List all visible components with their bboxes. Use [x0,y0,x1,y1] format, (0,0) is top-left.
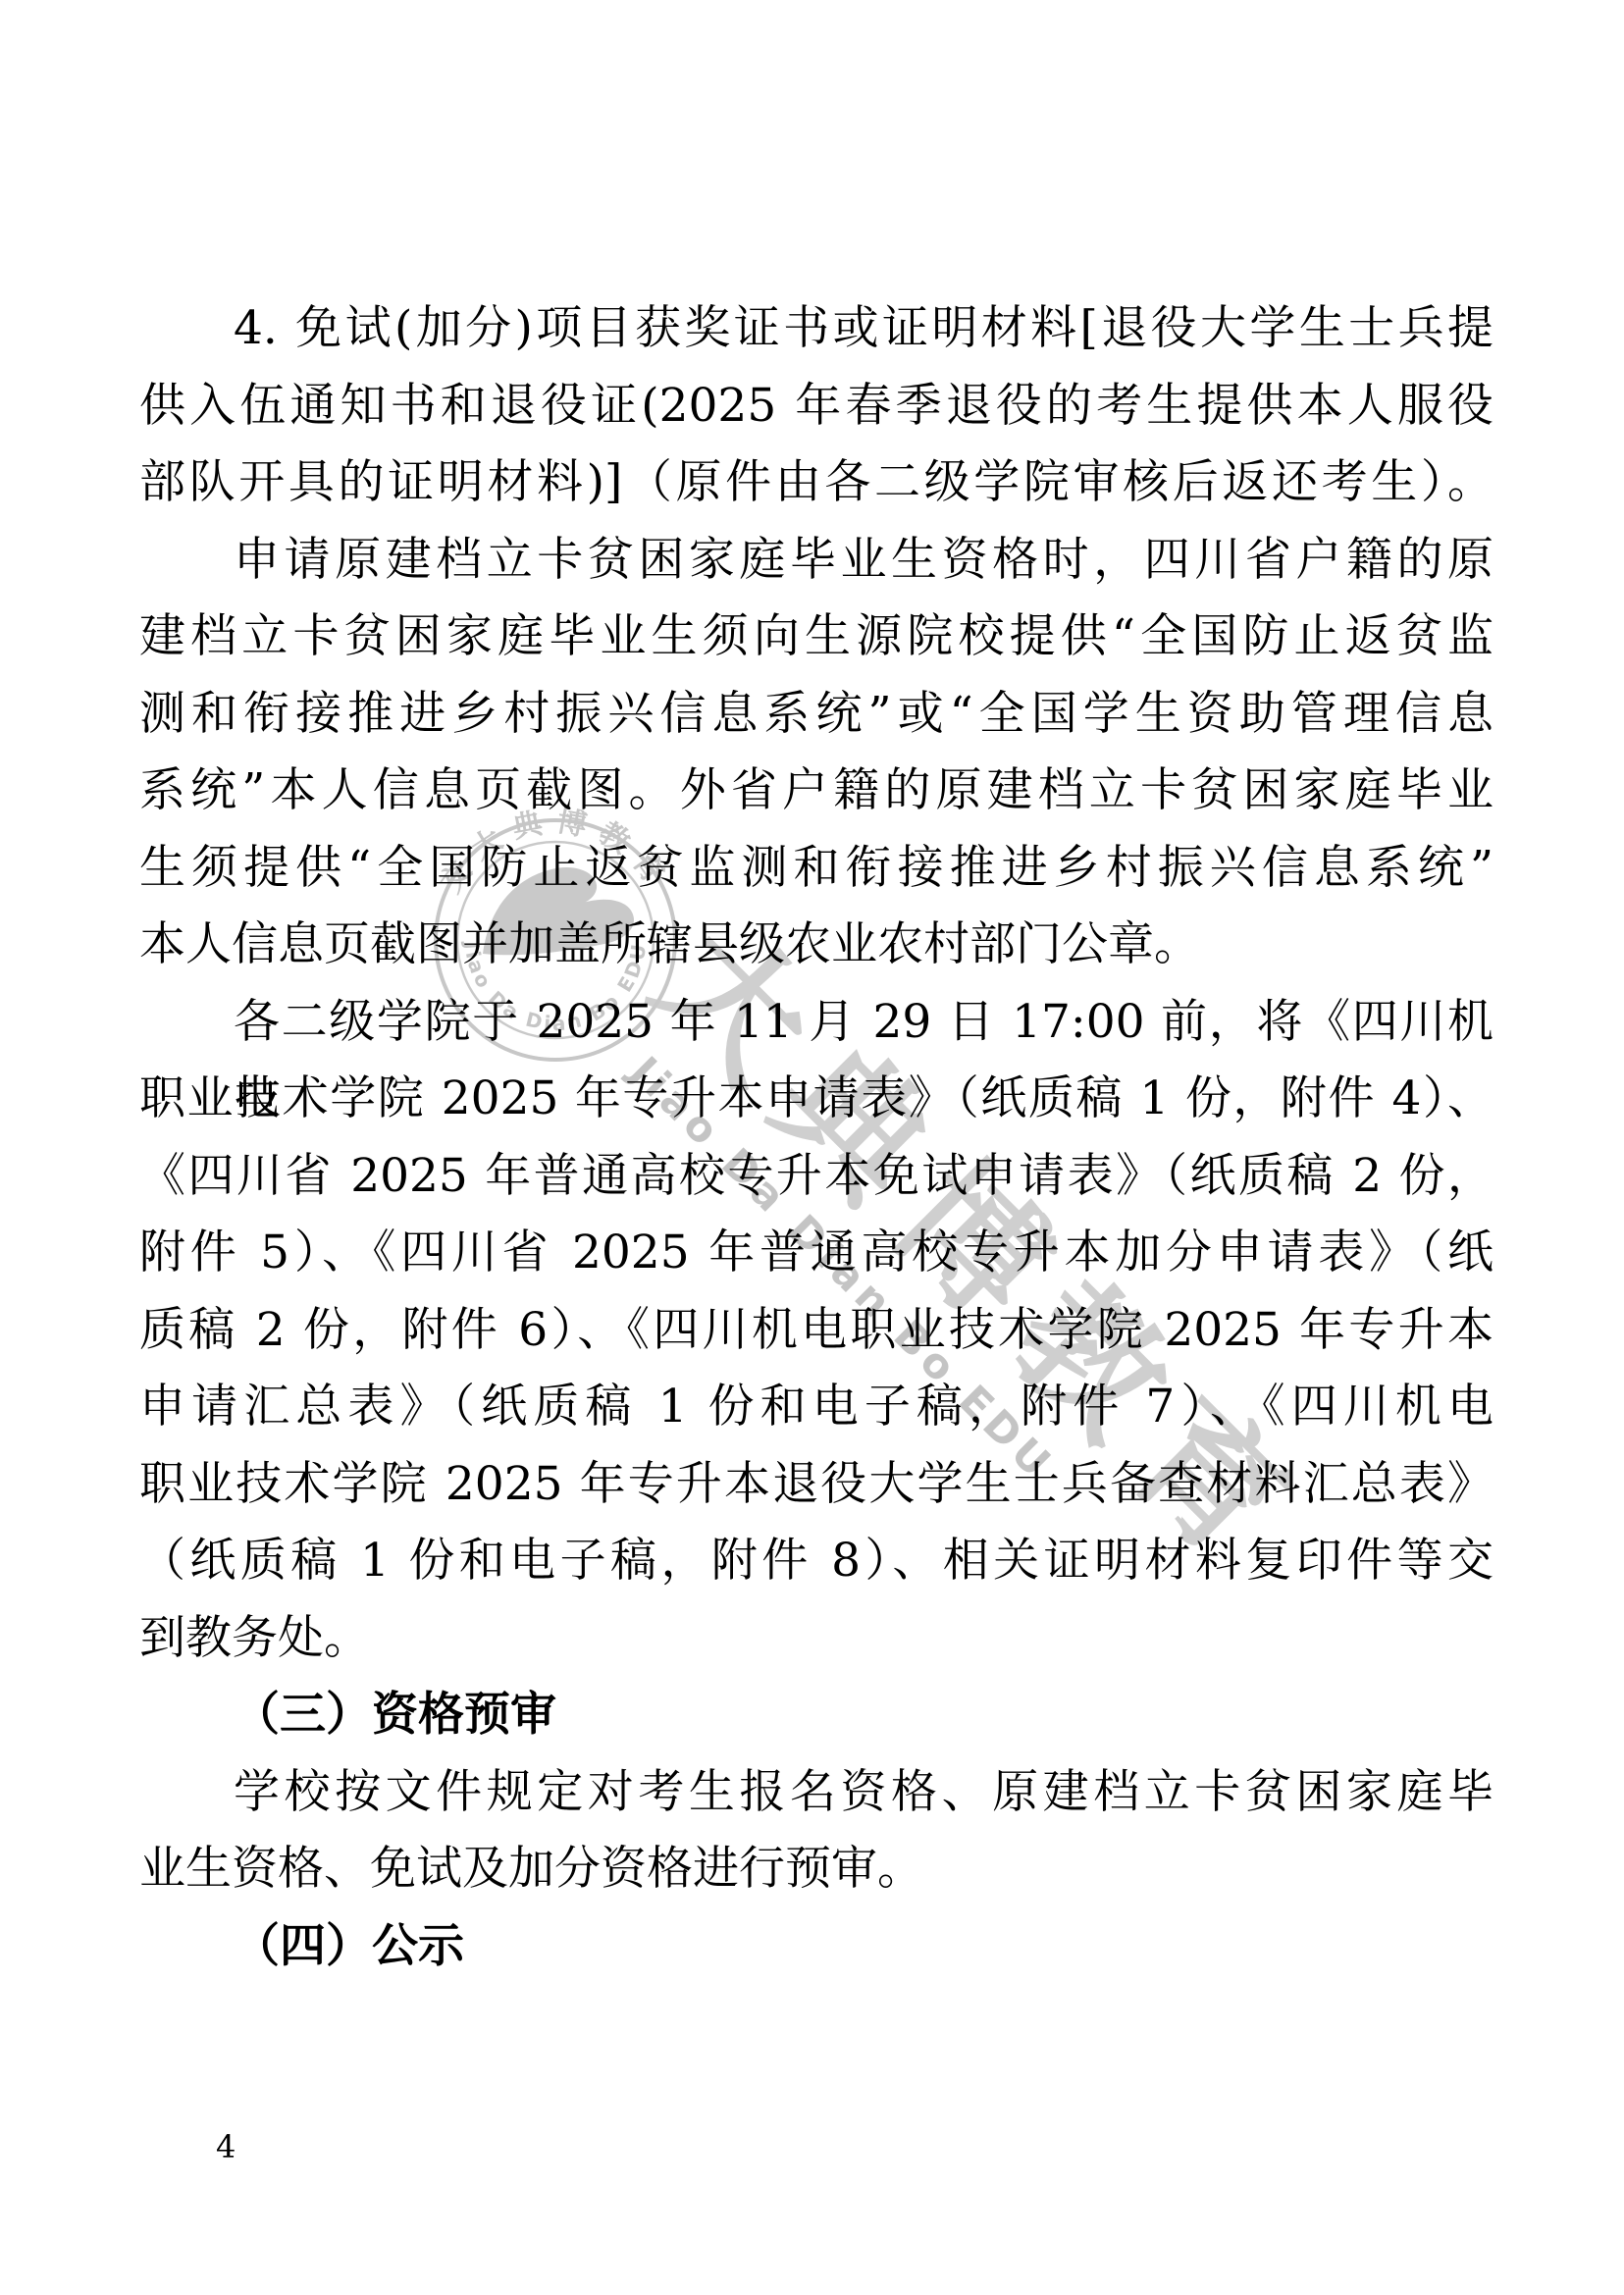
text-line: 4. 免试(加分)项目获奖证书或证明材料[退役大学生士兵提 [139,290,1493,368]
text-line: 供入伍通知书和退役证(2025 年春季退役的考生提供本人服役 [139,368,1493,445]
text-line: 申请原建档立卡贫困家庭毕业生资格时，四川省户籍的原 [139,522,1493,600]
text-line: 职业技术学院 2025 年专升本退役大学生士兵备查材料汇总表》 [139,1446,1493,1524]
text-line: 学校按文件规定对考生报名资格、原建档立卡贫困家庭毕 [139,1754,1493,1832]
text-line: 测和衔接推进乡村振兴信息系统”或“全国学生资助管理信息 [139,676,1493,754]
text-line: 系统”本人信息页截图。外省户籍的原建档立卡贫困家庭毕业 [139,753,1493,830]
text-line: 各二级学院于 2025 年 11 月 29 日 17:00 前，将《四川机电 [139,984,1493,1062]
text-line: 附件 5）、《四川省 2025 年普通高校专升本加分申请表》（纸 [139,1215,1493,1292]
text-line: 本人信息页截图并加盖所辖县级农业农村部门公章。 [139,907,1493,984]
text-line: 建档立卡贫困家庭毕业生须向生源院校提供“全国防止返贫监 [139,599,1493,676]
text-line: （纸质稿 1 份和电子稿，附件 8）、相关证明材料复印件等交 [139,1523,1493,1600]
text-line: 部队开具的证明材料)]（原件由各二级学院审核后返还考生）。 [139,444,1493,522]
text-line: 生须提供“全国防止返贫监测和衔接推进乡村振兴信息系统” [139,830,1493,908]
text-line: （四）公示 [139,1908,1493,1986]
text-line: （三）资格预审 [139,1677,1493,1754]
document-body: 4. 免试(加分)项目获奖证书或证明材料[退役大学生士兵提供入伍通知书和退役证(… [139,290,1493,1985]
text-line: 质稿 2 份，附件 6）、《四川机电职业技术学院 2025 年专升本 [139,1292,1493,1370]
document-page: 交大典博教育 Jiao Da Dian Bo EDU 大典博教育 Jiao Da… [0,0,1624,2295]
text-line: 业生资格、免试及加分资格进行预审。 [139,1831,1493,1908]
text-line: 到教务处。 [139,1600,1493,1678]
text-line: 职业技术学院 2025 年专升本申请表》（纸质稿 1 份，附件 4）、 [139,1061,1493,1138]
text-line: 申请汇总表》（纸质稿 1 份和电子稿，附件 7）、《四川机电 [139,1369,1493,1446]
page-number: 4 [216,2129,236,2165]
text-line: 《四川省 2025 年普通高校专升本免试申请表》（纸质稿 2 份， [139,1138,1493,1216]
